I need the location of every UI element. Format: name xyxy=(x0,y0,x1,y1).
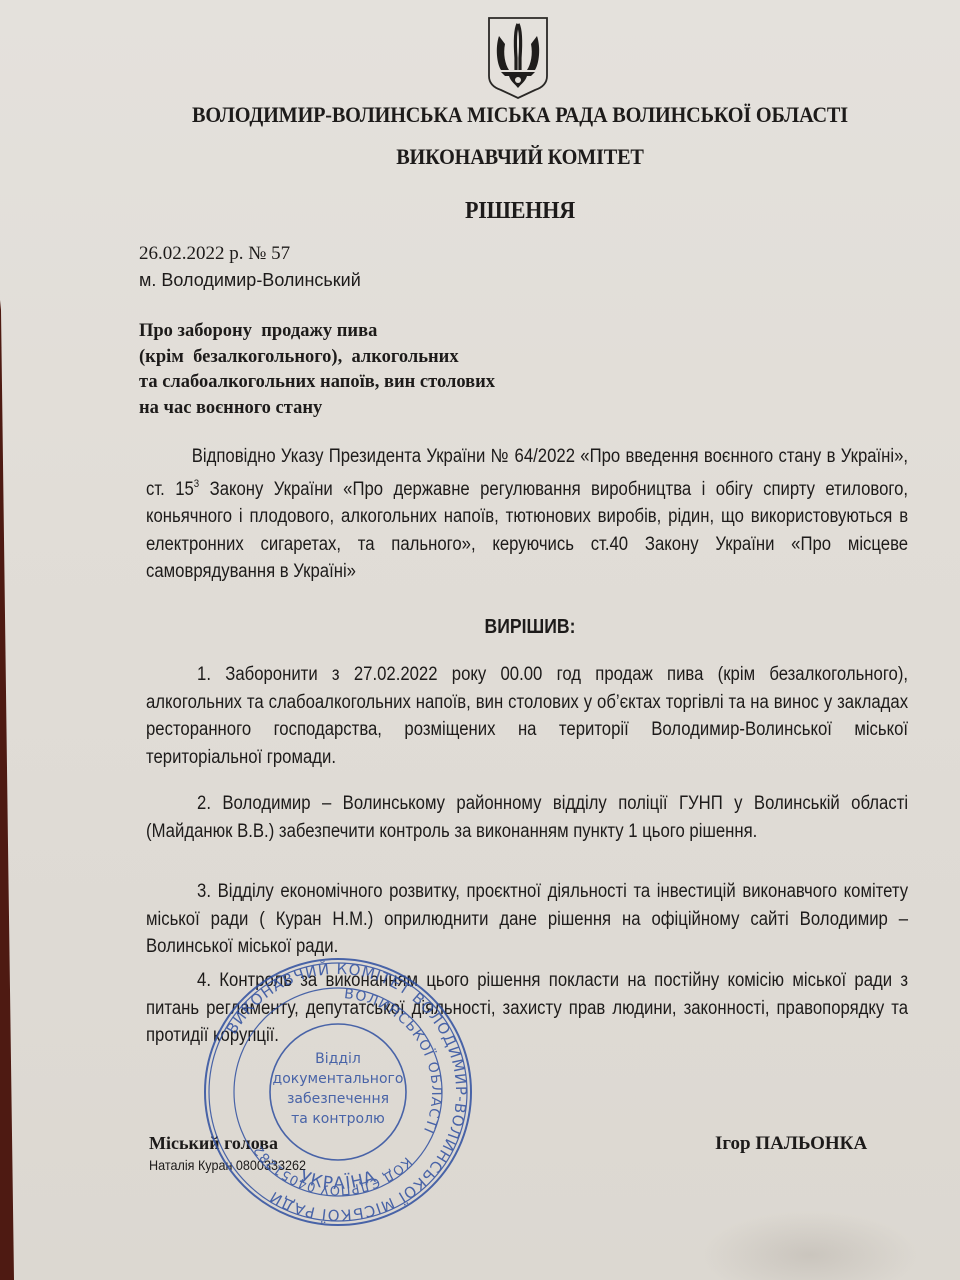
decision-item-text: 3. Відділу економічного розвитку, проєкт… xyxy=(146,878,908,961)
signatory-name: Ігор ПАЛЬОНКА xyxy=(715,1133,867,1155)
stamp-center-line: забезпечення xyxy=(287,1091,389,1107)
decision-item-text: 2. Володимир – Волинському районному від… xyxy=(146,790,908,845)
decision-item-3: 3. Відділу економічного розвитку, проєкт… xyxy=(146,878,817,961)
decision-item-4: 4. Контроль за виконанням цього рішення … xyxy=(146,967,817,1050)
decision-item-1: 1. Заборонити з 27.02.2022 року 00.00 го… xyxy=(146,661,817,771)
subject-line: на час воєнного стану xyxy=(139,396,495,422)
decision-item-2: 2. Володимир – Волинському районному від… xyxy=(146,790,817,845)
coat-of-arms-of-ukraine-icon xyxy=(485,14,551,100)
stamp-center-line: документального xyxy=(273,1071,404,1087)
decision-item-text: 4. Контроль за виконанням цього рішення … xyxy=(146,967,908,1050)
subject-line: Про заборону продажу пива xyxy=(139,319,495,345)
document-type-title: РІШЕННЯ xyxy=(42,198,960,225)
stamp-center-line: та контролю xyxy=(291,1111,385,1127)
subject-line: (крім безалкогольного), алкогольних xyxy=(139,345,495,371)
preamble-paragraph: Відповідно Указу Президента України № 64… xyxy=(146,443,817,586)
svg-text:УКРАЇНА: УКРАЇНА xyxy=(297,1167,379,1194)
photo-scene: ВОЛОДИМИР-ВОЛИНСЬКА МІСЬКА РАДА ВОЛИНСЬК… xyxy=(0,0,960,1280)
decision-item-text: 1. Заборонити з 27.02.2022 року 00.00 го… xyxy=(146,661,908,771)
preamble-text-part2: Закону України «Про державне регулювання… xyxy=(146,479,908,583)
stamp-center-line: Відділ xyxy=(315,1051,361,1067)
committee-name: ВИКОНАВЧИЙ КОМІТЕТ xyxy=(42,144,960,170)
issue-place: м. Володимир-Волинський xyxy=(139,270,361,291)
resolved-heading: ВИРІШИВ: xyxy=(64,616,960,639)
contact-line: Наталія Куран 0800333262 xyxy=(149,1157,306,1173)
stamp-bottom-text: УКРАЇНА xyxy=(297,1167,379,1194)
date-and-number: 26.02.2022 р. № 57 xyxy=(139,243,290,265)
signatory-title: Міський голова xyxy=(149,1133,278,1154)
decision-subject: Про заборону продажу пива(крім безалкого… xyxy=(139,319,495,421)
council-name: ВОЛОДИМИР-ВОЛИНСЬКА МІСЬКА РАДА ВОЛИНСЬК… xyxy=(42,102,960,128)
decision-document: ВОЛОДИМИР-ВОЛИНСЬКА МІСЬКА РАДА ВОЛИНСЬК… xyxy=(0,0,960,1280)
subject-line: та слабоалкогольних напоїв, вин столових xyxy=(139,370,495,396)
